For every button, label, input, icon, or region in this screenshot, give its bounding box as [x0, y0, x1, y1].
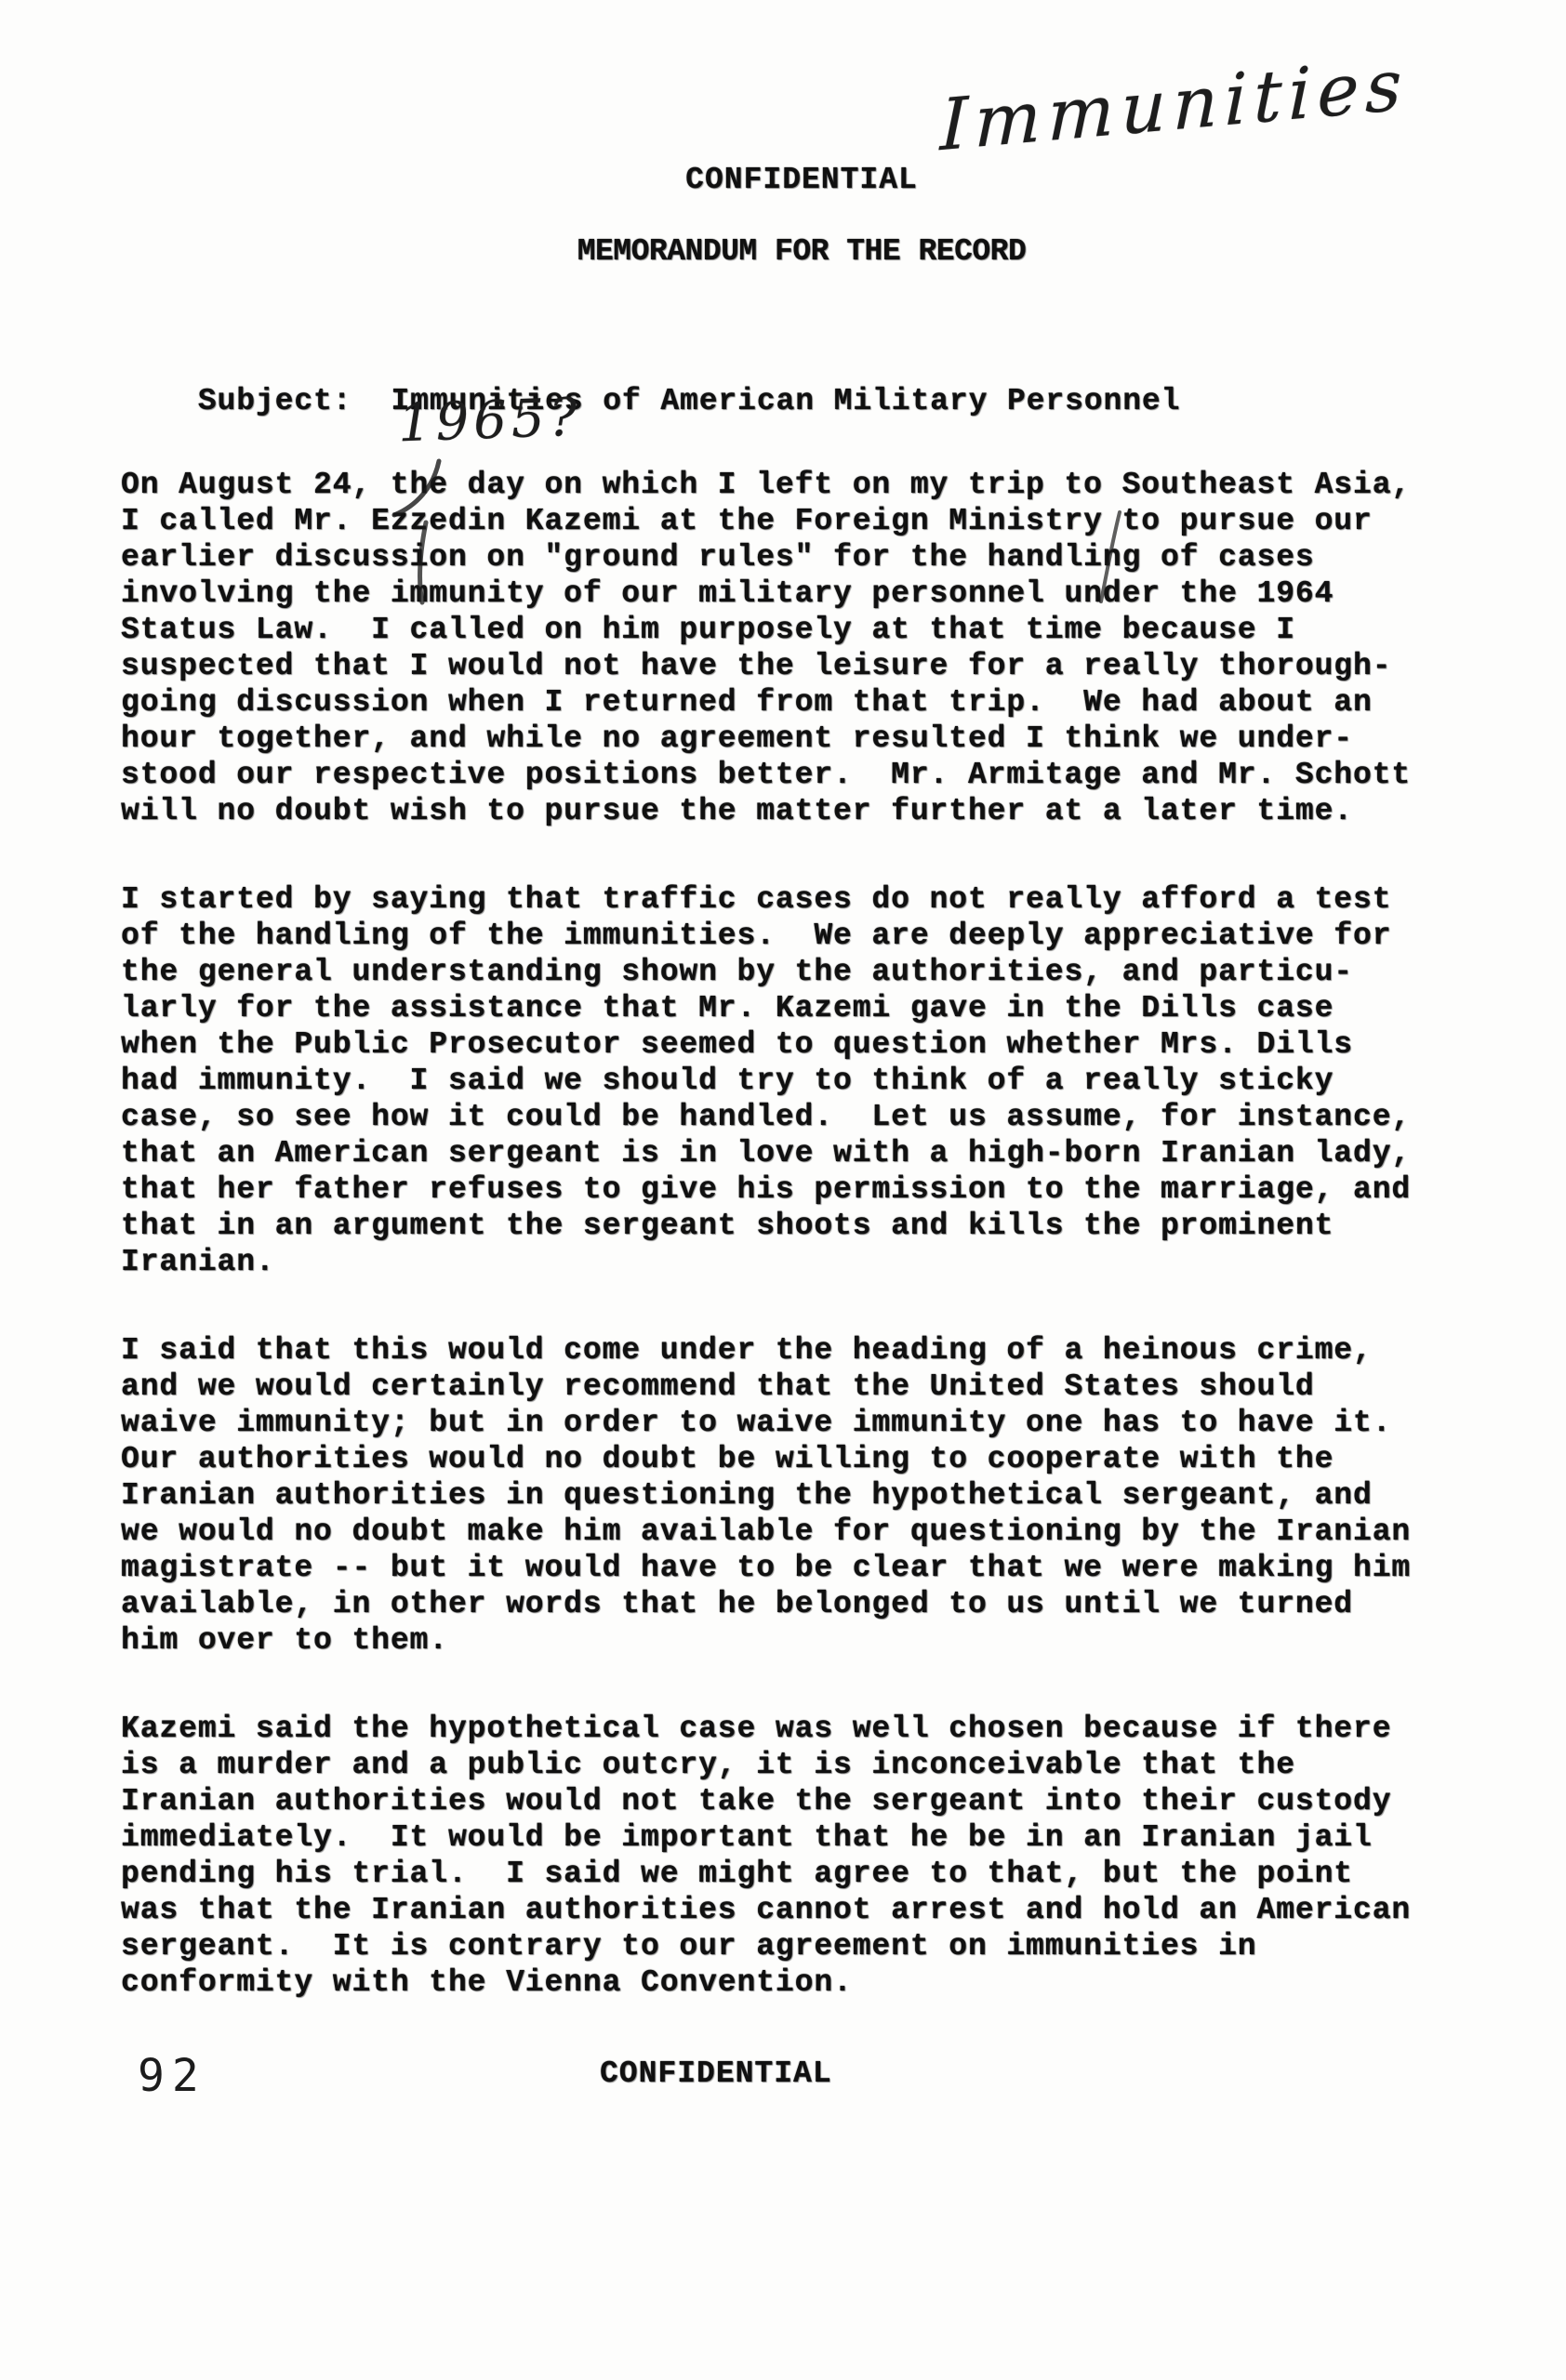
handwritten-stroke — [372, 454, 493, 612]
handwritten-note: Immunities — [939, 43, 1409, 167]
subject-label: Subject: — [198, 384, 352, 418]
doc-title: MEMORANDUM FOR THE RECORD — [0, 234, 1566, 269]
paragraph-1: On August 24, the day on which I left on… — [121, 467, 1451, 829]
memo-page: Immunities CONFIDENTIAL MEMORANDUM FOR T… — [0, 0, 1566, 2380]
paragraph-3: I said that this would come under the he… — [121, 1332, 1451, 1659]
handwritten-date: 1965? — [397, 388, 583, 455]
classification-header: CONFIDENTIAL — [0, 163, 1566, 197]
page-number: 92 — [138, 2050, 206, 2102]
memo-body: On August 24, the day on which I left on… — [121, 467, 1451, 2053]
paragraph-2: I started by saying that traffic cases d… — [121, 881, 1451, 1280]
subject-row: Subject:Immunities of American Military … — [121, 350, 1180, 453]
classification-footer: CONFIDENTIAL — [600, 2056, 832, 2091]
paragraph-4: Kazemi said the hypothetical case was we… — [121, 1711, 1451, 2001]
handwritten-stroke — [1081, 507, 1136, 609]
